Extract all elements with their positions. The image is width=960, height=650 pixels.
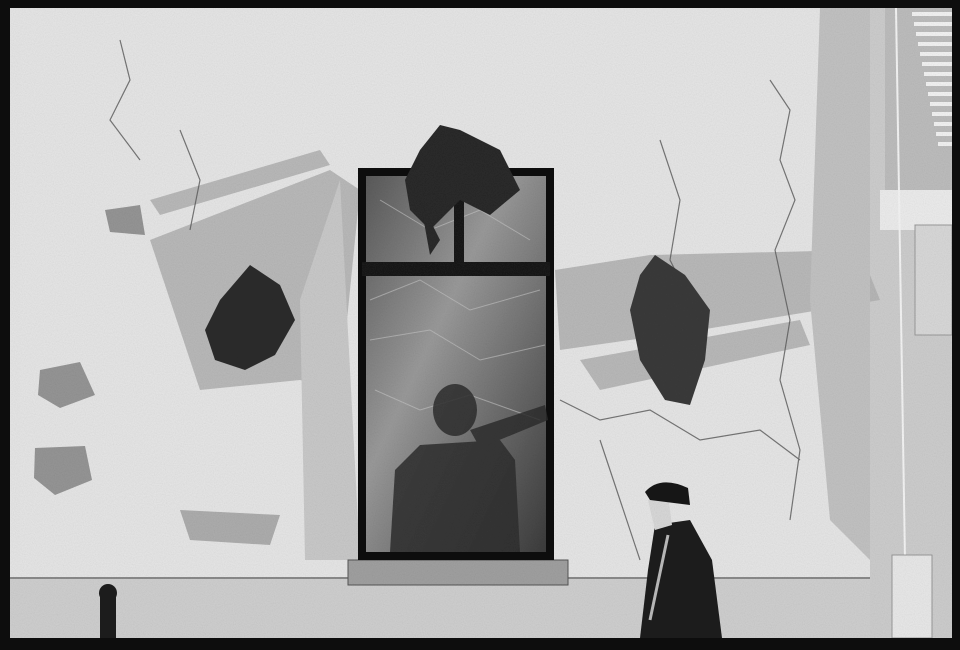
wall-plinth [10, 578, 890, 638]
street-photograph [0, 0, 960, 650]
window-shutter [915, 225, 952, 335]
boarded-window [348, 168, 568, 585]
